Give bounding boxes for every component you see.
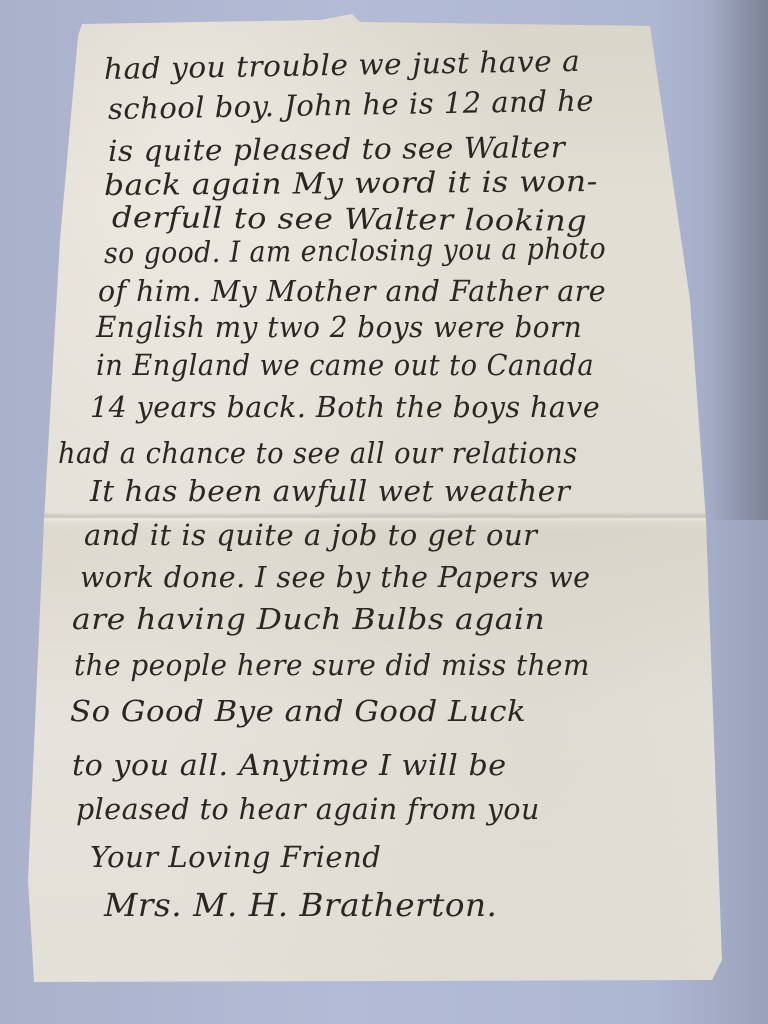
letter-line: work done. I see by the Papers we	[80, 560, 590, 594]
letter-line: and it is quite a job to get our	[84, 518, 538, 552]
letter-line: back again My word it is won-	[104, 164, 598, 202]
letter-line: It has been awfull wet weather	[90, 474, 570, 508]
letter-closing: Your Loving Friend	[90, 840, 381, 874]
letter-line: So Good Bye and Good Luck	[70, 694, 526, 728]
letter-page: had you trouble we just have a school bo…	[0, 0, 768, 1024]
backdrop-shadow	[708, 0, 768, 520]
letter-line: is quite pleased to see Walter	[108, 130, 566, 168]
letter-line: so good. I am enclosing you a photo	[104, 231, 606, 270]
letter-line: the people here sure did miss them	[74, 648, 590, 682]
letter-line: pleased to hear again from you	[76, 792, 540, 826]
letter-line: 14 years back. Both the boys have	[90, 390, 600, 424]
letter-line: to you all. Anytime I will be	[72, 748, 507, 782]
letter-line: had you trouble we just have a	[104, 44, 581, 86]
letter-line: are having Duch Bulbs again	[72, 602, 545, 636]
letter-signature: Mrs. M. H. Bratherton.	[104, 886, 497, 924]
letter-line: in England we came out to Canada	[96, 348, 594, 382]
letter-line: had a chance to see all our relations	[58, 436, 578, 470]
letter-line: English my two 2 boys were born	[96, 310, 582, 344]
letter-line: of him. My Mother and Father are	[98, 274, 606, 308]
letter-line: school boy. John he is 12 and he	[108, 84, 595, 126]
